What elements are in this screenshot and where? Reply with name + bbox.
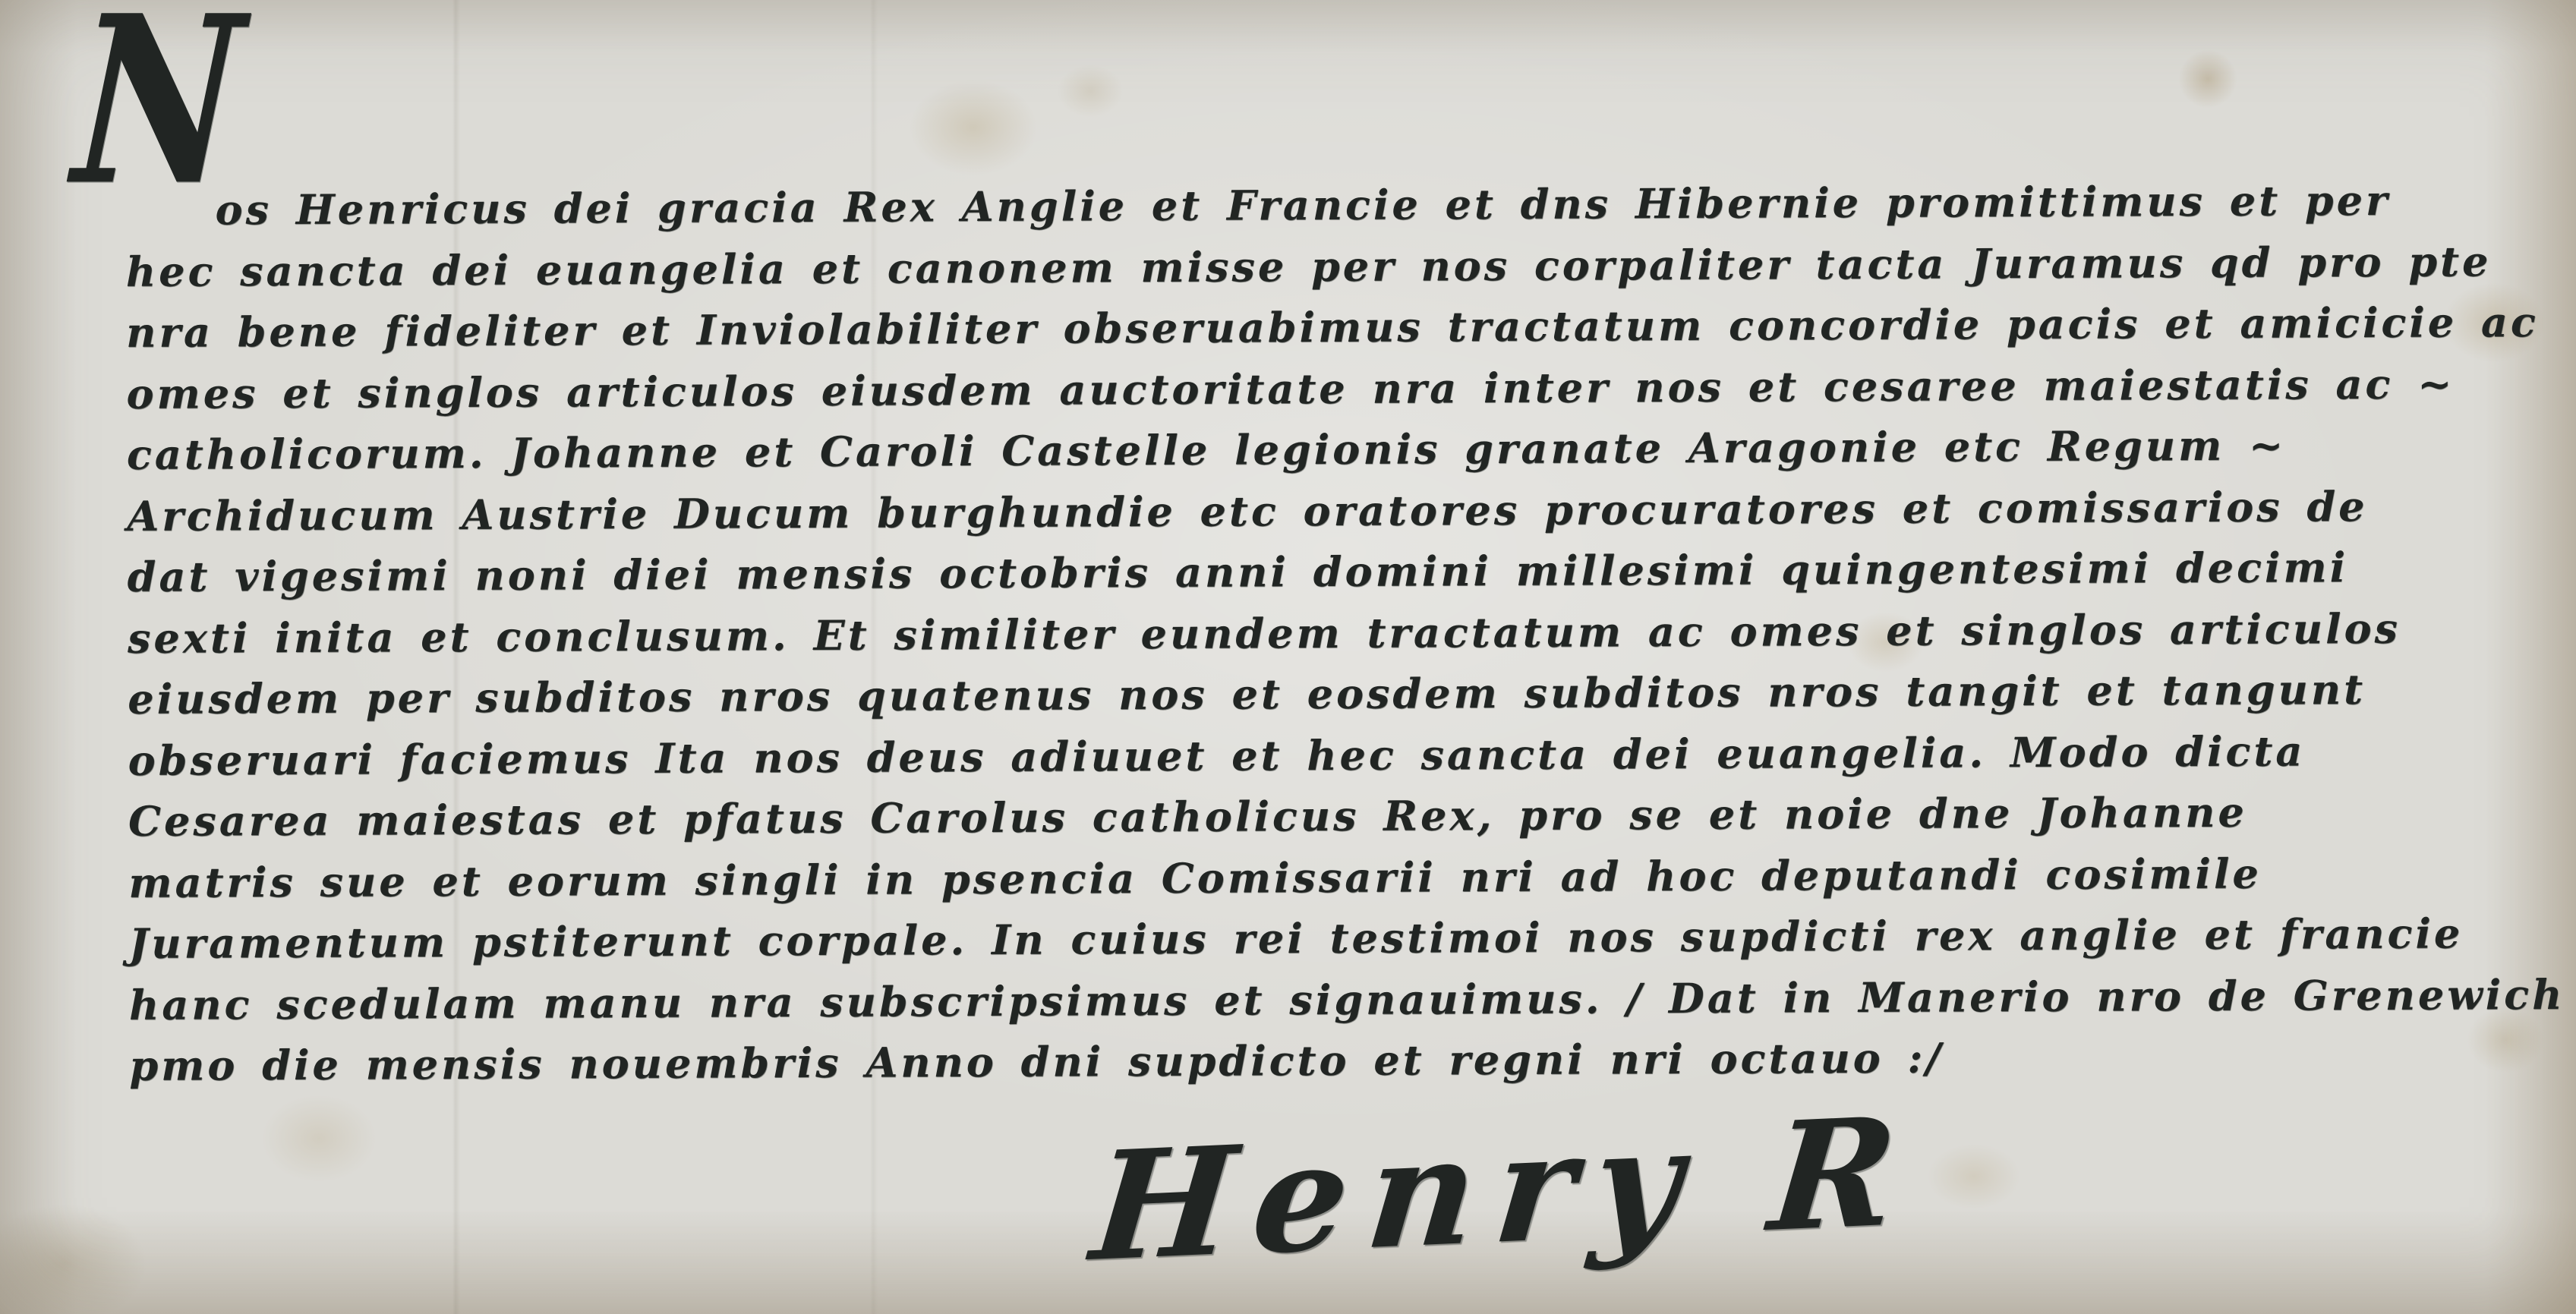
text-line: matris sue et eorum singli in psencia Co… — [128, 848, 2535, 919]
text-line: pmo die mensis nouembris Anno dni supdic… — [129, 1031, 2536, 1102]
text-line: sexti inita et conclusum. Et similiter e… — [128, 603, 2534, 675]
manuscript-page: N os Henricus dei gracia Rex Anglie et F… — [0, 0, 2576, 1314]
oath-text-block: os Henricus dei gracia Rex Anglie et Fra… — [125, 175, 2536, 1102]
text-line: catholicorum. Johanne et Caroli Castelle… — [127, 420, 2533, 491]
royal-signature: Henry R — [1085, 1084, 1923, 1295]
text-line: nra bene fideliter et Inviolabiliter obs… — [126, 298, 2533, 369]
text-line: dat vigesimi noni diei mensis octobris a… — [127, 542, 2533, 613]
text-line: eiusdem per subditos nros quatenus nos e… — [128, 664, 2534, 736]
text-line: omes et singlos articulos eiusdem auctor… — [126, 359, 2533, 430]
text-line: hanc scedulam manu nra subscripsimus et … — [129, 970, 2536, 1041]
text-line: os Henricus dei gracia Rex Anglie et Fra… — [125, 175, 2532, 247]
text-line: hec sancta dei euangelia et canonem miss… — [126, 237, 2533, 308]
text-line: Cesarea maiestas et pfatus Carolus catho… — [128, 786, 2535, 858]
text-line: Juramentum pstiterunt corpale. In cuius … — [129, 909, 2536, 980]
text-line: obseruari faciemus Ita nos deus adiuuet … — [128, 726, 2535, 797]
text-line: Archiducum Austrie Ducum burghundie etc … — [127, 481, 2533, 553]
